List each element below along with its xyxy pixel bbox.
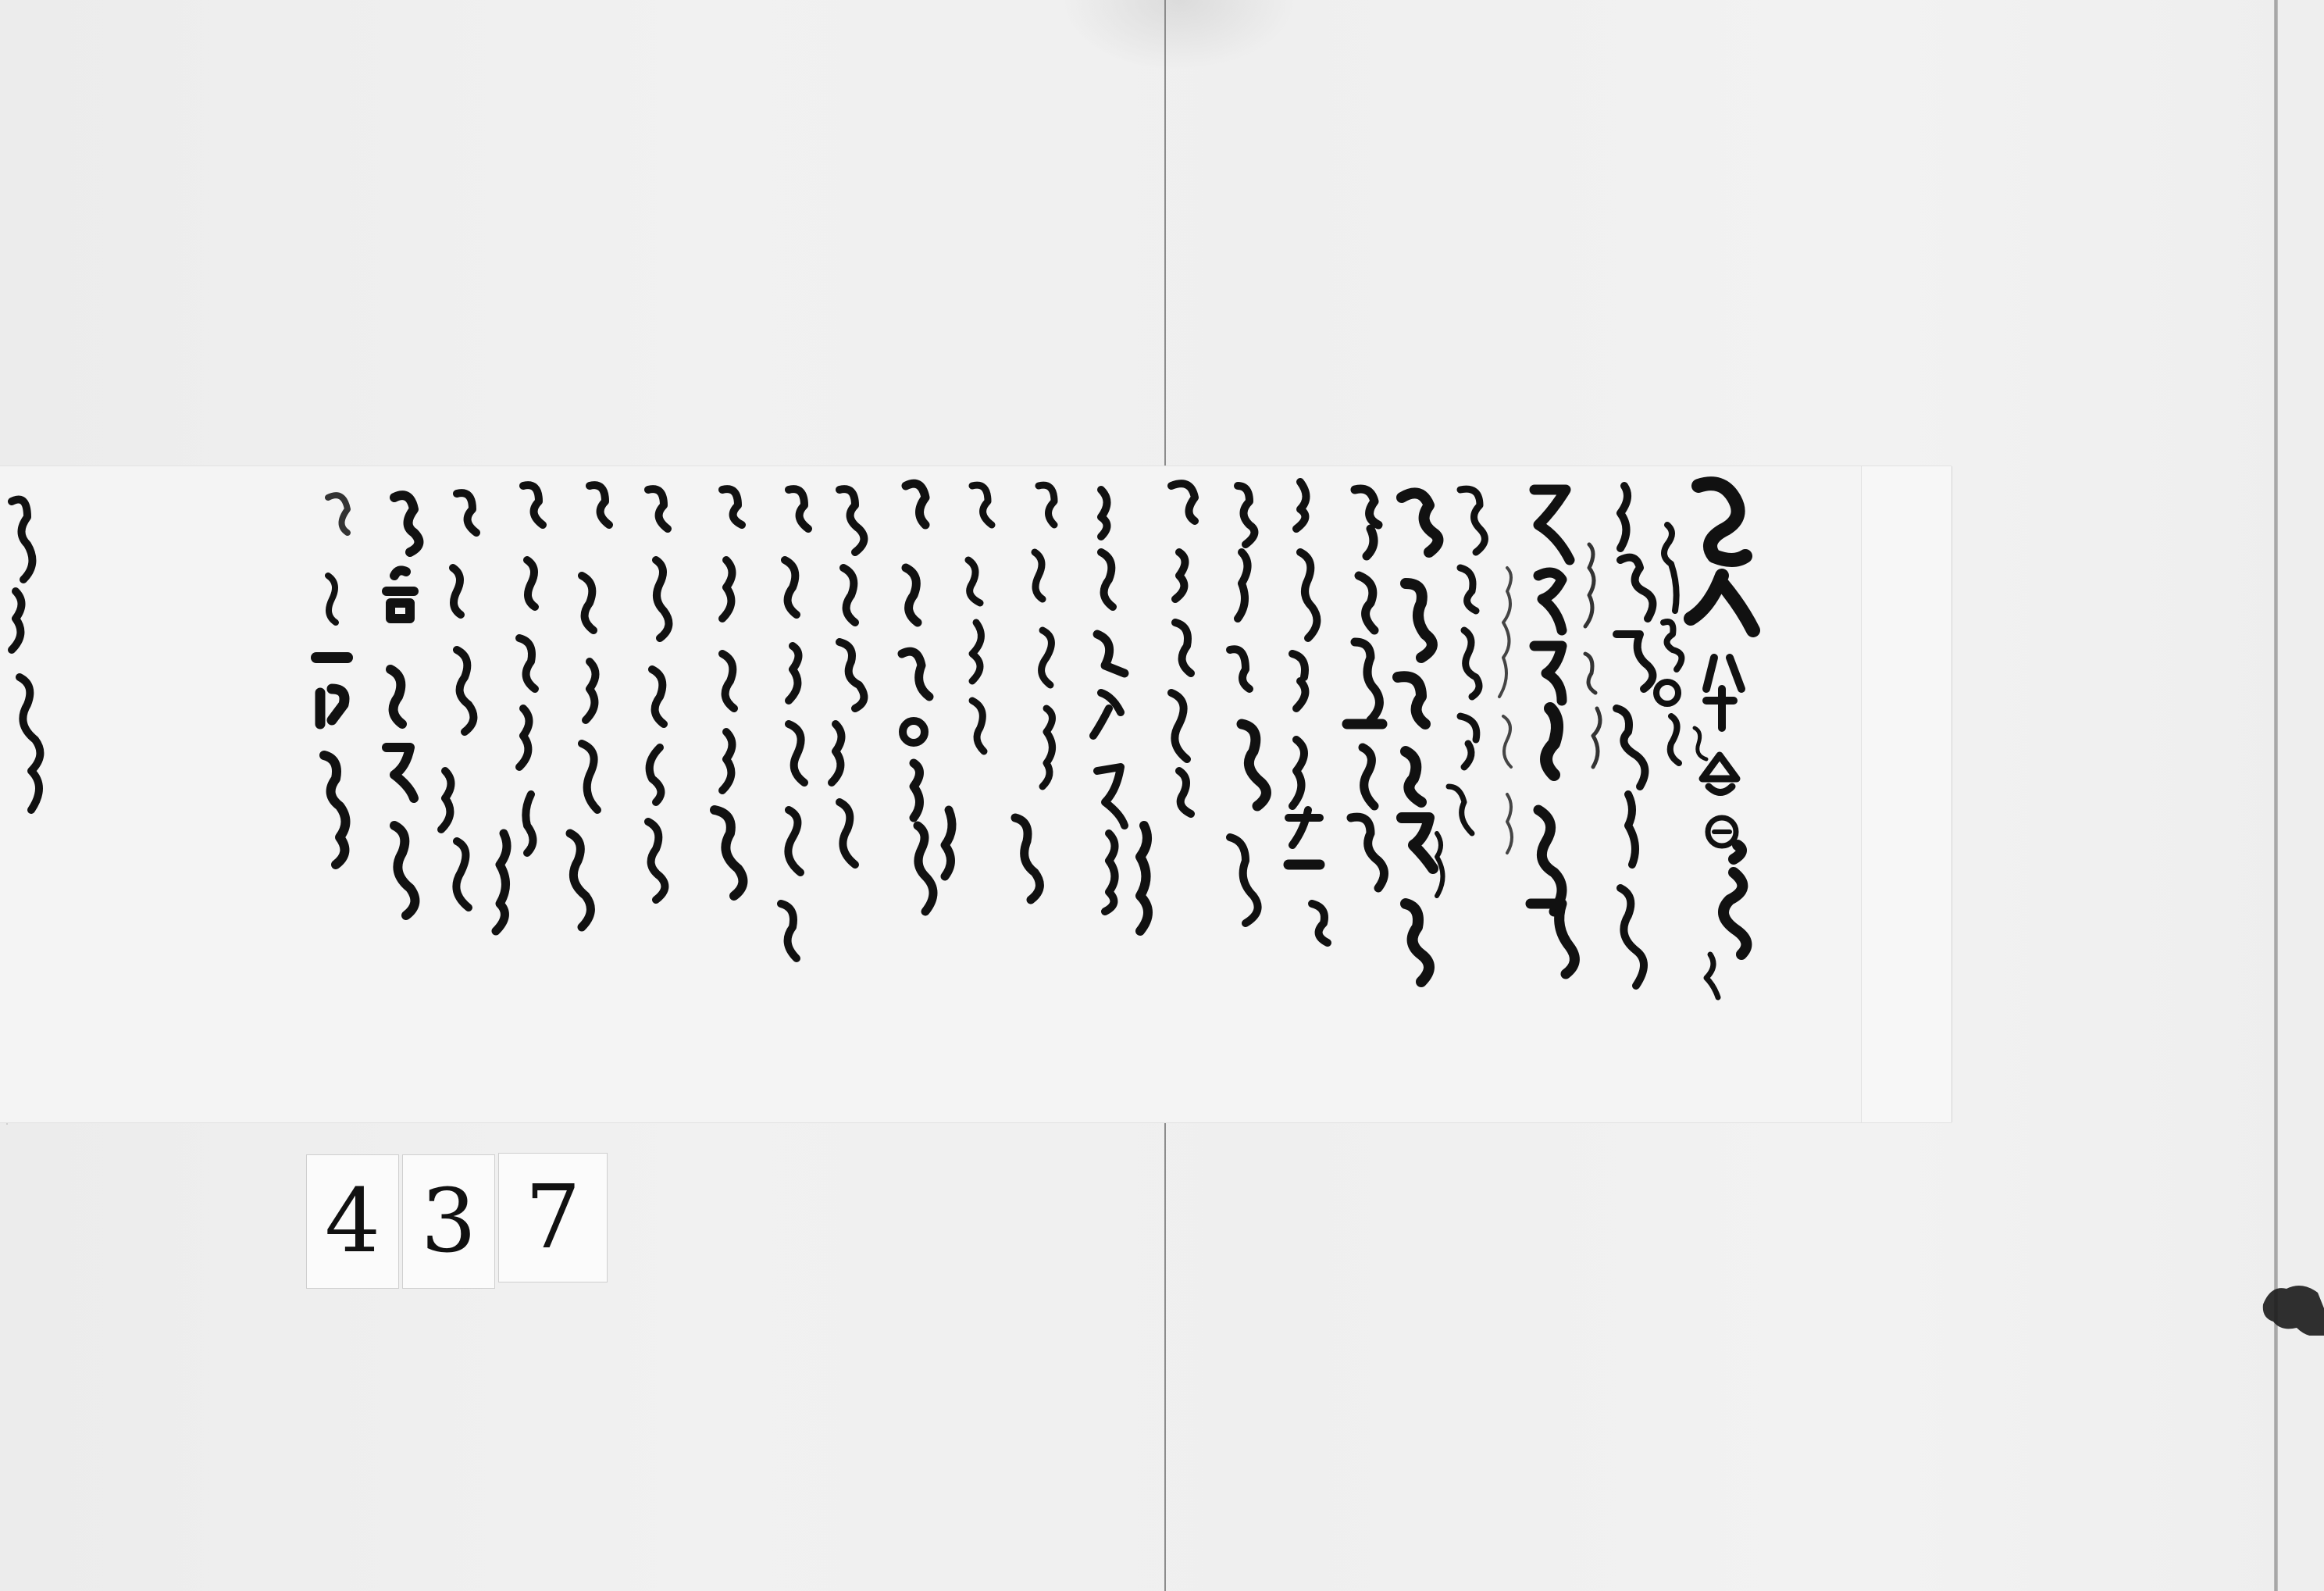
column-18: [781, 489, 808, 958]
column-13: [1093, 490, 1125, 911]
column-21: [570, 485, 609, 927]
column-4-gloss: [1585, 544, 1600, 767]
scan-page: 人 八十合 ㊀ 4 3 7: [0, 0, 2324, 1591]
column-25-ichi-nichi: [316, 495, 348, 865]
heading-text: 人 八十合 ㊀: [0, 0, 1, 1]
column-24-miyako: [387, 495, 419, 915]
column-6-gloss: [1499, 568, 1512, 853]
stain-mark: [1062, 0, 1296, 70]
column-9: [1347, 489, 1385, 888]
column-16: [902, 483, 929, 818]
catalog-digit-1: 4: [306, 1154, 399, 1289]
catalog-digit-3: 7: [498, 1153, 608, 1282]
column-19: [715, 489, 743, 896]
column-23: [441, 493, 476, 908]
column-5: [1531, 490, 1574, 974]
catalog-digit-2: 3: [402, 1154, 495, 1289]
column-26-partial: [12, 500, 40, 811]
column-7: [1437, 489, 1485, 896]
column-14: [1015, 485, 1054, 900]
column-17: [832, 489, 864, 865]
ink-blot-mark: [2257, 1273, 2324, 1336]
catalog-number: 4 3 7: [306, 1154, 608, 1289]
column-11: [1230, 486, 1266, 923]
column-22: [496, 485, 543, 931]
column-3: [1616, 486, 1652, 986]
calligraphy-text: [0, 466, 1951, 1122]
column-10: [1289, 482, 1328, 943]
column-20: [648, 489, 668, 900]
column-12: [1140, 483, 1195, 931]
right-border-line: [2274, 0, 2278, 1591]
column-8: [1398, 493, 1438, 982]
column-1-title: [1691, 483, 1753, 954]
